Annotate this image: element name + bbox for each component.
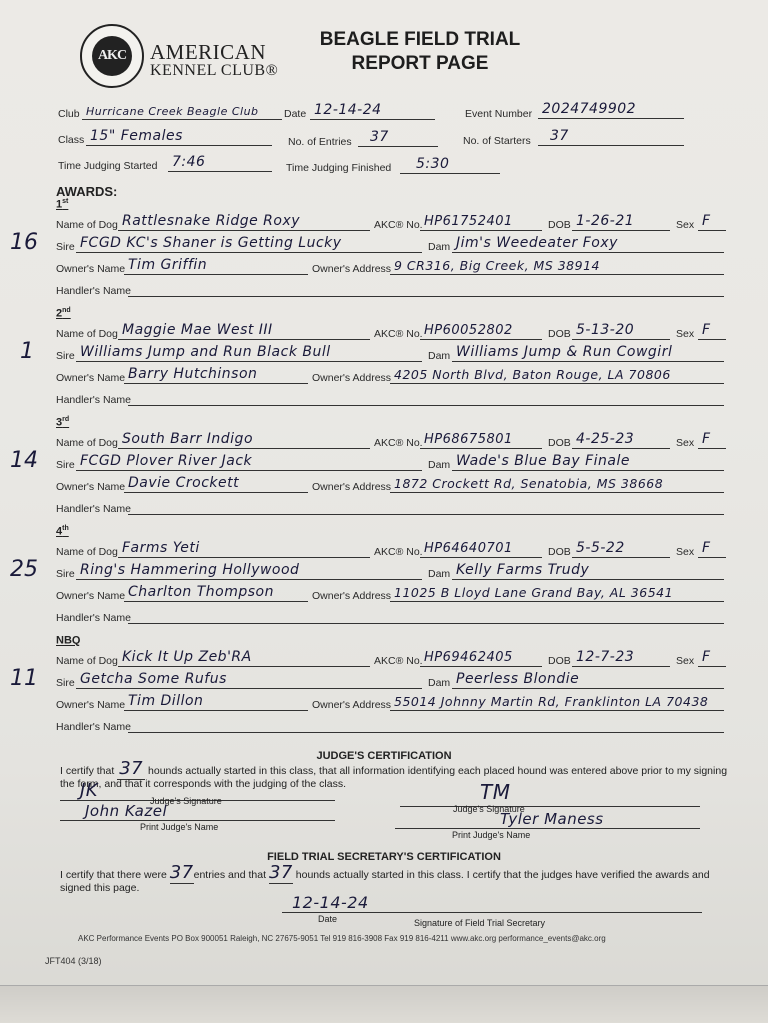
secretary-cert-title: FIELD TRIAL SECRETARY'S CERTIFICATION <box>0 851 768 863</box>
sex-label: Sex <box>676 328 694 340</box>
secretary-cert-text: I certify that there were 37entries and … <box>60 866 720 895</box>
akc-no-label: AKC® No. <box>374 328 423 340</box>
owners-name-field[interactable]: Charlton Thompson <box>124 583 308 602</box>
sex-label: Sex <box>676 655 694 667</box>
akc-logo-mark: AKC <box>92 36 132 76</box>
award-margin-number: 14 <box>10 448 38 473</box>
handlers-name-label: Handler's Name <box>56 394 131 406</box>
owners-address-field[interactable]: 4205 North Blvd, Baton Rouge, LA 70806 <box>390 365 724 384</box>
dob-label: DOB <box>548 546 571 558</box>
owners-name-field[interactable]: Tim Griffin <box>124 256 308 275</box>
footer-contact: AKC Performance Events PO Box 900051 Ral… <box>78 934 606 943</box>
sire-label: Sire <box>56 350 75 362</box>
name-of-dog-label: Name of Dog <box>56 655 118 667</box>
sex-field[interactable]: F <box>698 539 726 558</box>
secretary-date: 12-14-24 <box>292 893 369 912</box>
dam-field[interactable]: Wade's Blue Bay Finale <box>452 452 724 471</box>
award-margin-number: 1 <box>20 339 34 364</box>
desk-surface <box>0 985 768 1023</box>
sex-label: Sex <box>676 437 694 449</box>
judge2-print-line[interactable] <box>395 828 700 829</box>
judge2-signature: TM <box>480 780 510 804</box>
handlers-name-field[interactable] <box>128 605 724 624</box>
akc-no-field[interactable]: HP69462405 <box>420 648 542 667</box>
owners-name-label: Owner's Name <box>56 590 125 602</box>
sire-field[interactable]: Williams Jump and Run Black Bull <box>76 343 422 362</box>
akc-logo: AKC <box>80 24 144 88</box>
dog-name-field[interactable]: South Barr Indigo <box>118 430 370 449</box>
awards-heading: AWARDS: <box>56 184 117 199</box>
akc-no-field[interactable]: HP68675801 <box>420 430 542 449</box>
sire-label: Sire <box>56 568 75 580</box>
dob-label: DOB <box>548 655 571 667</box>
owners-name-field[interactable]: Tim Dillon <box>124 692 308 711</box>
dog-name-field[interactable]: Rattlesnake Ridge Roxy <box>118 212 370 231</box>
akc-no-field[interactable]: HP64640701 <box>420 539 542 558</box>
name-of-dog-label: Name of Dog <box>56 219 118 231</box>
sex-label: Sex <box>676 219 694 231</box>
akc-no-label: AKC® No. <box>374 546 423 558</box>
entries-label: No. of Entries <box>288 136 352 148</box>
sire-label: Sire <box>56 677 75 689</box>
dam-label: Dam <box>428 459 450 471</box>
sex-field[interactable]: F <box>698 212 726 231</box>
owners-address-field[interactable]: 9 CR316, Big Creek, MS 38914 <box>390 256 724 275</box>
owners-name-label: Owner's Name <box>56 263 125 275</box>
sire-field[interactable]: Getcha Some Rufus <box>76 670 422 689</box>
dob-field[interactable]: 5-5-22 <box>572 539 670 558</box>
secretary-cert-entries[interactable]: 37 <box>170 862 194 884</box>
date-label: Date <box>284 108 306 120</box>
handlers-name-label: Handler's Name <box>56 285 131 297</box>
class-label: Class <box>58 134 84 146</box>
dob-label: DOB <box>548 437 571 449</box>
owners-name-field[interactable]: Barry Hutchinson <box>124 365 308 384</box>
starters-field[interactable]: 37 <box>538 127 684 146</box>
handlers-name-field[interactable] <box>128 387 724 406</box>
judge1-signature: JK <box>80 780 98 801</box>
entries-field[interactable]: 37 <box>358 128 438 147</box>
sex-field[interactable]: F <box>698 648 726 667</box>
owners-address-field[interactable]: 1872 Crockett Rd, Senatobia, MS 38668 <box>390 474 724 493</box>
judges-cert-hounds[interactable]: 37 <box>117 758 145 780</box>
dam-label: Dam <box>428 677 450 689</box>
dam-field[interactable]: Williams Jump & Run Cowgirl <box>452 343 724 362</box>
secretary-cert-started[interactable]: 37 <box>269 862 293 884</box>
owners-address-label: Owner's Address <box>312 699 391 711</box>
name-of-dog-label: Name of Dog <box>56 328 118 340</box>
owners-name-label: Owner's Name <box>56 699 125 711</box>
form-id: JFT404 (3/18) <box>45 956 102 966</box>
dam-field[interactable]: Jim's Weedeater Foxy <box>452 234 724 253</box>
secretary-signature-label: Signature of Field Trial Secretary <box>414 918 545 928</box>
name-of-dog-label: Name of Dog <box>56 546 118 558</box>
akc-no-field[interactable]: HP61752401 <box>420 212 542 231</box>
club-field[interactable]: Hurricane Creek Beagle Club <box>82 101 282 120</box>
time-finished-label: Time Judging Finished <box>286 162 391 174</box>
club-label: Club <box>58 108 80 120</box>
owners-address-field[interactable]: 55014 Johnny Martin Rd, Franklinton LA 7… <box>390 692 724 711</box>
owners-address-label: Owner's Address <box>312 481 391 493</box>
dob-field[interactable]: 5-13-20 <box>572 321 670 340</box>
akc-no-label: AKC® No. <box>374 437 423 449</box>
dam-label: Dam <box>428 241 450 253</box>
owners-address-label: Owner's Address <box>312 372 391 384</box>
judge1-print-line[interactable] <box>60 820 335 821</box>
owners-name-field[interactable]: Davie Crockett <box>124 474 308 493</box>
award-place: 3rd <box>56 416 69 429</box>
handlers-name-field[interactable] <box>128 714 724 733</box>
judge2-signature-line[interactable] <box>400 806 700 807</box>
akc-no-field[interactable]: HP60052802 <box>420 321 542 340</box>
handlers-name-label: Handler's Name <box>56 612 131 624</box>
award-margin-number: 16 <box>10 230 38 255</box>
dob-label: DOB <box>548 328 571 340</box>
award-place: 4th <box>56 525 69 538</box>
time-started-label: Time Judging Started <box>58 160 157 172</box>
dob-label: DOB <box>548 219 571 231</box>
award-margin-number: 11 <box>10 666 38 691</box>
dog-name-field[interactable]: Kick It Up Zeb'RA <box>118 648 370 667</box>
sire-field[interactable]: FCGD Plover River Jack <box>76 452 422 471</box>
award-place: 2nd <box>56 307 71 320</box>
akc-no-label: AKC® No. <box>374 655 423 667</box>
sire-field[interactable]: FCGD KC's Shaner is Getting Lucky <box>76 234 422 253</box>
award-margin-number: 25 <box>10 557 38 582</box>
handlers-name-field[interactable] <box>128 496 724 515</box>
sex-field[interactable]: F <box>698 430 726 449</box>
class-field[interactable]: 15" Females <box>86 127 272 146</box>
judges-cert-text: I certify that 37 hounds actually starte… <box>60 762 730 791</box>
time-started-field[interactable]: 7:46 <box>168 153 272 172</box>
sire-label: Sire <box>56 459 75 471</box>
dam-label: Dam <box>428 568 450 580</box>
dog-name-field[interactable]: Maggie Mae West III <box>118 321 370 340</box>
owners-address-label: Owner's Address <box>312 263 391 275</box>
sire-field[interactable]: Ring's Hammering Hollywood <box>76 561 422 580</box>
dam-label: Dam <box>428 350 450 362</box>
event-number-label: Event Number <box>465 108 532 120</box>
date-field[interactable]: 12-14-24 <box>310 101 435 120</box>
handlers-name-label: Handler's Name <box>56 721 131 733</box>
owners-address-label: Owner's Address <box>312 590 391 602</box>
org-name: American Kennel Club® <box>150 42 278 79</box>
handlers-name-field[interactable] <box>128 278 724 297</box>
judge1-print-label: Print Judge's Name <box>140 822 218 832</box>
owners-name-label: Owner's Name <box>56 372 125 384</box>
report-page: AKC American Kennel Club® BEAGLE FIELD T… <box>0 0 768 1023</box>
owners-name-label: Owner's Name <box>56 481 125 493</box>
award-place: NBQ <box>56 634 80 647</box>
dam-field[interactable]: Peerless Blondie <box>452 670 724 689</box>
dob-field[interactable]: 12-7-23 <box>572 648 670 667</box>
sex-label: Sex <box>676 546 694 558</box>
secretary-signature-line[interactable] <box>282 912 702 913</box>
akc-no-label: AKC® No. <box>374 219 423 231</box>
name-of-dog-label: Name of Dog <box>56 437 118 449</box>
judge1-name: John Kazel <box>85 802 167 820</box>
judge2-print-label: Print Judge's Name <box>452 830 530 840</box>
award-place: 1st <box>56 198 68 211</box>
secretary-date-label: Date <box>318 914 337 924</box>
event-number-field[interactable]: 2024749902 <box>538 100 684 119</box>
time-finished-field[interactable]: 5:30 <box>400 155 500 174</box>
judges-cert-title: JUDGE'S CERTIFICATION <box>0 750 768 762</box>
sire-label: Sire <box>56 241 75 253</box>
dob-field[interactable]: 1-26-21 <box>572 212 670 231</box>
judge2-name: Tyler Maness <box>500 810 604 828</box>
sex-field[interactable]: F <box>698 321 726 340</box>
dob-field[interactable]: 4-25-23 <box>572 430 670 449</box>
page-title: BEAGLE FIELD TRIAL REPORT PAGE <box>300 28 540 76</box>
dam-field[interactable]: Kelly Farms Trudy <box>452 561 724 580</box>
owners-address-field[interactable]: 11025 B Lloyd Lane Grand Bay, AL 36541 <box>390 583 724 602</box>
starters-label: No. of Starters <box>463 135 531 147</box>
dog-name-field[interactable]: Farms Yeti <box>118 539 370 558</box>
handlers-name-label: Handler's Name <box>56 503 131 515</box>
